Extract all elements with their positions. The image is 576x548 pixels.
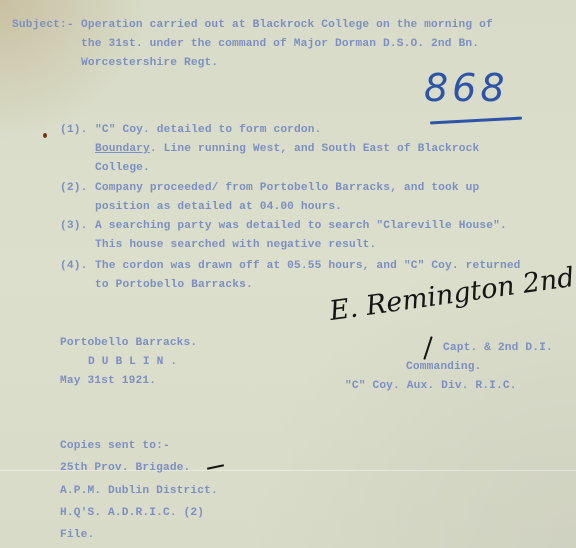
item-2-number: (2).	[60, 179, 87, 198]
copies-recipient: A.P.M. Dublin District.	[60, 482, 218, 501]
copies-recipient: 25th Prov. Brigade.	[60, 459, 190, 478]
copies-header: Copies sent to:-	[60, 437, 170, 456]
boundary-label: Boundary	[95, 143, 150, 155]
copies-recipient: H.Q'S. A.D.R.I.C. (2)	[60, 504, 204, 523]
copies-recipient: File.	[60, 526, 94, 545]
item-1-line-3: College.	[95, 159, 150, 178]
boundary-text: . Line running West, and South East of B…	[150, 143, 479, 155]
location-city: D U B L I N .	[88, 353, 177, 372]
item-1-line-1: "C" Coy. detailed to form cordon.	[95, 121, 322, 140]
reference-number: 868	[424, 66, 509, 110]
signatory-rank: Capt. & 2nd D.I.	[443, 339, 553, 358]
subject-line-3: Worcestershire Regt.	[81, 54, 218, 73]
item-1-boundary: Boundary. Line running West, and South E…	[95, 140, 479, 159]
location-date: May 31st 1921.	[60, 372, 156, 391]
item-4-line-2: to Portobello Barracks.	[95, 276, 253, 295]
ink-stain	[43, 133, 47, 138]
item-3-number: (3).	[60, 217, 87, 236]
subject-line-2: the 31st. under the command of Major Dor…	[81, 35, 479, 54]
signatory-role: Commanding.	[406, 358, 482, 377]
subject-line-1: Operation carried out at Blackrock Colle…	[81, 16, 493, 35]
item-3-line-1: A searching party was detailed to search…	[95, 217, 507, 236]
item-3-line-2: This house searched with negative result…	[95, 236, 376, 255]
item-1-number: (1).	[60, 121, 87, 140]
subject-label: Subject:-	[12, 16, 74, 35]
item-2-line-1: Company proceeded/ from Portobello Barra…	[95, 179, 479, 198]
signatory-unit: "C" Coy. Aux. Div. R.I.C.	[345, 377, 517, 396]
location-barracks: Portobello Barracks.	[60, 334, 197, 353]
item-4-number: (4).	[60, 257, 87, 276]
item-4-line-1: The cordon was drawn off at 05.55 hours,…	[95, 257, 521, 276]
item-2-line-2: position as detailed at 04.00 hours.	[95, 198, 342, 217]
